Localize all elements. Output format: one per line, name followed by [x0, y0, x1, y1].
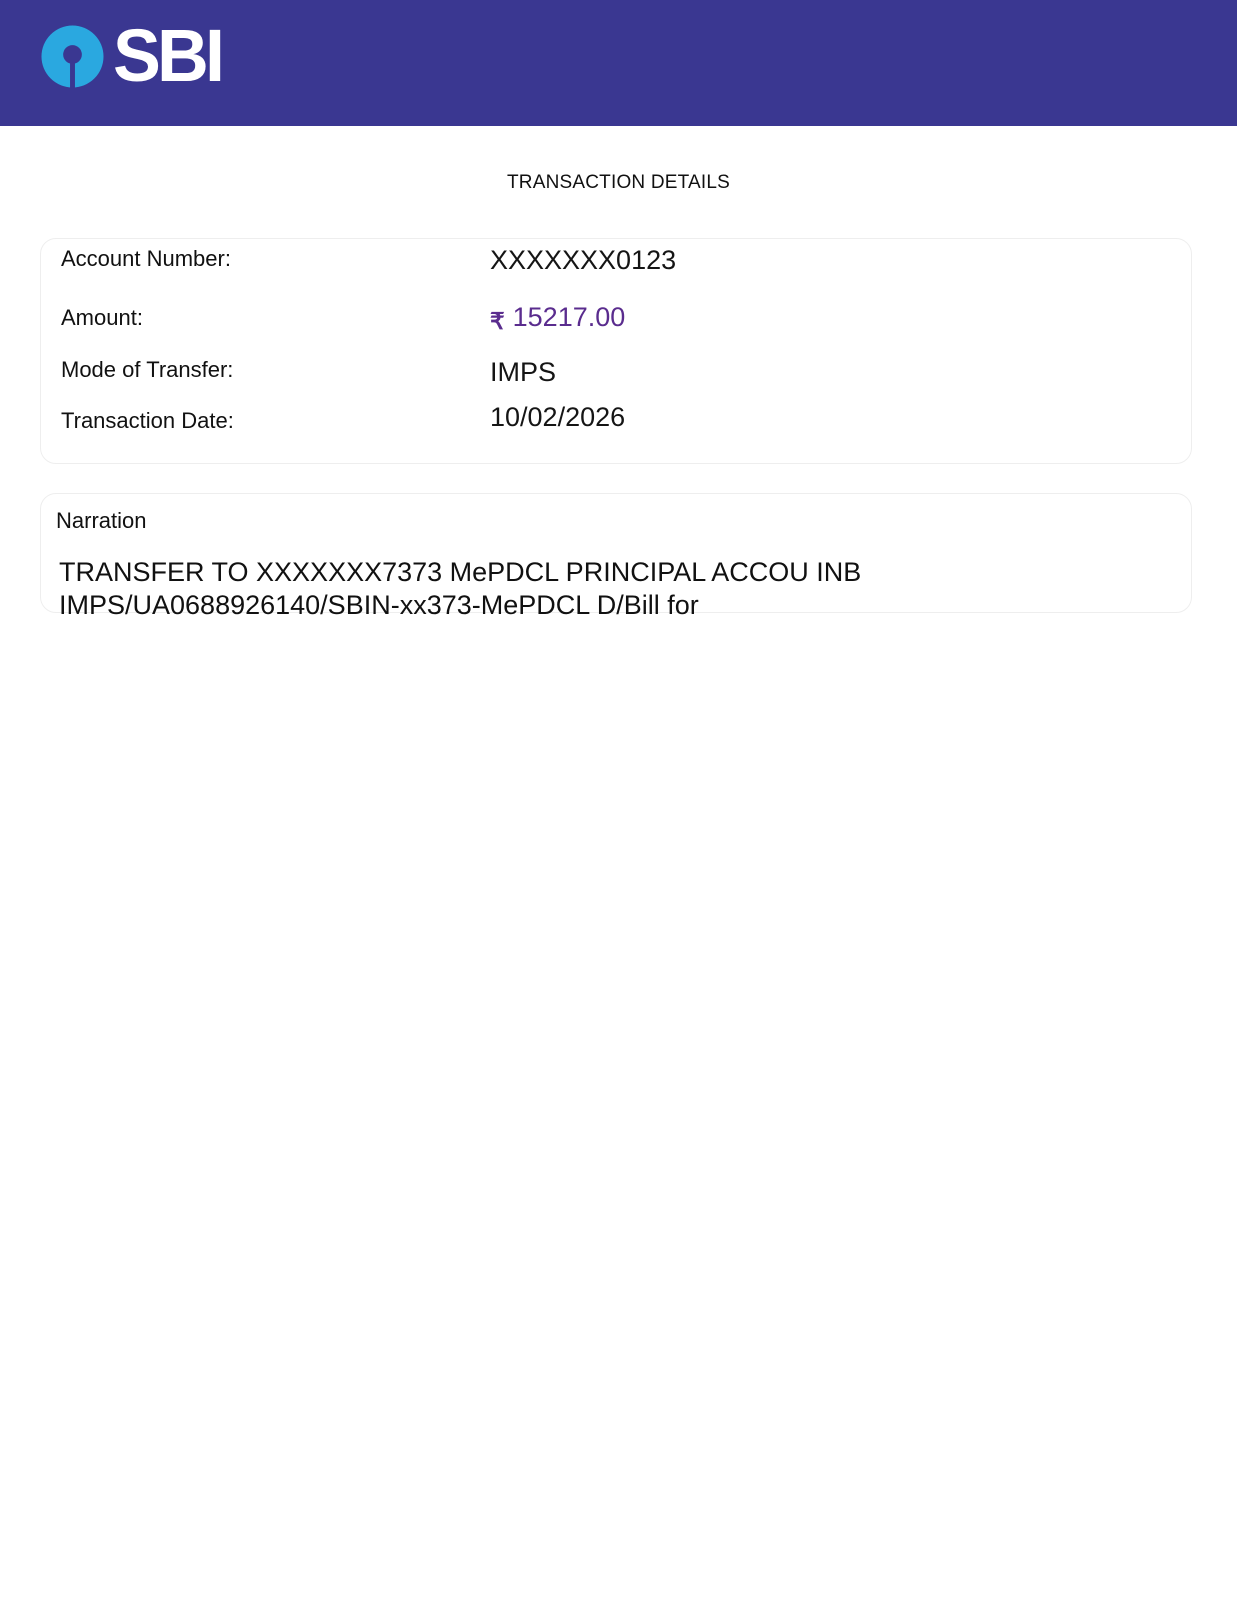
transaction-details-card: Account Number: XXXXXXX0123 Amount: ₹ 15… [40, 238, 1192, 464]
mode-of-transfer-value: IMPS [490, 357, 556, 388]
narration-label: Narration [56, 508, 146, 534]
rupee-icon: ₹ [490, 308, 505, 335]
account-number-value: XXXXXXX0123 [490, 245, 676, 276]
narration-card: Narration TRANSFER TO XXXXXXX7373 MePDCL… [40, 493, 1192, 613]
transaction-date-value: 10/02/2026 [490, 402, 625, 433]
transaction-date-label: Transaction Date: [61, 408, 234, 434]
page-title: TRANSACTION DETAILS [0, 172, 1237, 194]
sbi-keyhole-logo-icon [41, 25, 104, 88]
amount-number: 15217.00 [513, 302, 626, 333]
logo-text: SBI [113, 24, 221, 88]
mode-of-transfer-label: Mode of Transfer: [61, 357, 233, 383]
amount-label: Amount: [61, 305, 143, 331]
account-number-label: Account Number: [61, 246, 231, 272]
sbi-logo: SBI [41, 24, 224, 88]
app-header: SBI [0, 0, 1237, 126]
amount-value: ₹ 15217.00 [490, 302, 625, 333]
narration-text: TRANSFER TO XXXXXXX7373 MePDCL PRINCIPAL… [59, 556, 1159, 622]
